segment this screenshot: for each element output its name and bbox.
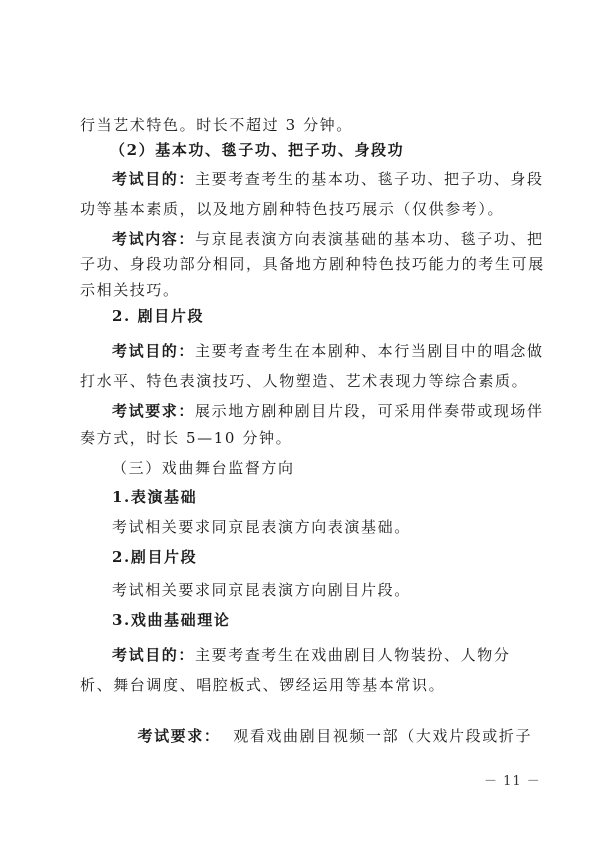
paragraph-line: 行当艺术特色。时长不超过 3 分钟。 xyxy=(80,116,520,134)
exam-purpose-label: 考试目的： xyxy=(112,170,195,188)
paragraph-line: 奏方式，时长 5—10 分钟。 xyxy=(80,429,520,447)
heading-text: 1.表演基础 xyxy=(112,488,197,506)
subsection-heading: 3.戏曲基础理论 xyxy=(112,611,552,629)
paragraph-line: 考试目的：主要考查考生在本剧种、本行当剧目中的唱念做 xyxy=(112,342,552,360)
page-number: － 11 － xyxy=(484,770,541,789)
line-text: 与京昆表演方向表演基础的基本功、毯子功、把 xyxy=(195,230,544,248)
line-text: 主要考查考生在本剧种、本行当剧目中的唱念做 xyxy=(195,342,544,360)
paragraph-line: 考试目的：主要考查考生在戏曲剧目人物装扮、人物分 xyxy=(112,646,552,664)
line-text: 行当艺术特色。时长不超过 3 分钟。 xyxy=(80,116,353,134)
line-text: 考试相关要求同京昆表演方向剧目片段。 xyxy=(112,581,411,599)
paragraph-line: 考试要求：展示地方剧种剧目片段，可采用伴奏带或现场伴 xyxy=(112,402,552,420)
line-text: 主要考查考生在戏曲剧目人物装扮、人物分 xyxy=(195,646,510,664)
exam-content-label: 考试内容： xyxy=(112,230,195,248)
paragraph-line: 析、舞台调度、唱腔板式、锣经运用等基本常识。 xyxy=(80,676,520,694)
document-page: 行当艺术特色。时长不超过 3 分钟。 （2）基本功、毯子功、把子功、身段功 考试… xyxy=(0,0,595,842)
subsection-heading: 1.表演基础 xyxy=(112,488,552,506)
line-text: 析、舞台调度、唱腔板式、锣经运用等基本常识。 xyxy=(80,676,445,694)
exam-purpose-label: 考试目的： xyxy=(112,342,195,360)
line-text: 主要考查考生的基本功、毯子功、把子功、身段 xyxy=(195,170,544,188)
line-text: 考试相关要求同京昆表演方向表演基础。 xyxy=(112,518,411,536)
heading-text: （2）基本功、毯子功、把子功、身段功 xyxy=(110,141,404,159)
heading-text: （三）戏曲舞台监督方向 xyxy=(112,459,295,477)
paragraph-line: 子功、身段功部分相同，具备地方剧种特色技巧能力的考生可展 xyxy=(80,255,520,273)
line-text: 奏方式，时长 5—10 分钟。 xyxy=(80,429,292,447)
paragraph-line: 考试要求： 观看戏曲剧目视频一部（大戏片段或折子 xyxy=(112,709,552,763)
paragraph-line: 考试相关要求同京昆表演方向剧目片段。 xyxy=(112,581,552,599)
heading-text: 2. 剧目片段 xyxy=(112,307,204,325)
heading-text: 3.戏曲基础理论 xyxy=(112,611,230,629)
subsection-heading: 2.剧目片段 xyxy=(112,548,552,566)
exam-requirement-label: 考试要求： xyxy=(112,402,195,420)
paragraph-line: 功等基本素质，以及地方剧种特色技巧展示（仅供参考）。 xyxy=(80,200,520,218)
paragraph-line: 考试目的：主要考查考生的基本功、毯子功、把子功、身段 xyxy=(112,170,552,188)
paragraph-line: 示相关技巧。 xyxy=(80,281,520,299)
paragraph-line: 考试相关要求同京昆表演方向表演基础。 xyxy=(112,518,552,536)
line-text: 打水平、特色表演技巧、人物塑造、艺术表现力等综合素质。 xyxy=(80,372,528,390)
line-text: 功等基本素质，以及地方剧种特色技巧展示（仅供参考）。 xyxy=(80,200,504,218)
section-heading: 2. 剧目片段 xyxy=(112,307,552,325)
line-text: 示相关技巧。 xyxy=(80,281,180,299)
paragraph-line: 打水平、特色表演技巧、人物塑造、艺术表现力等综合素质。 xyxy=(80,372,520,390)
line-text: 子功、身段功部分相同，具备地方剧种特色技巧能力的考生可展 xyxy=(80,255,545,273)
section-heading: （三）戏曲舞台监督方向 xyxy=(112,459,552,477)
paragraph-line: 考试内容：与京昆表演方向表演基础的基本功、毯子功、把 xyxy=(112,230,552,248)
exam-requirement-label: 考试要求： xyxy=(137,727,220,745)
heading-text: 2.剧目片段 xyxy=(112,548,197,566)
line-text: 观看戏曲剧目视频一部（大戏片段或折子 xyxy=(221,727,533,745)
subsection-heading: （2）基本功、毯子功、把子功、身段功 xyxy=(110,141,550,159)
line-text: 展示地方剧种剧目片段，可采用伴奏带或现场伴 xyxy=(195,402,544,420)
exam-purpose-label: 考试目的： xyxy=(112,646,195,664)
